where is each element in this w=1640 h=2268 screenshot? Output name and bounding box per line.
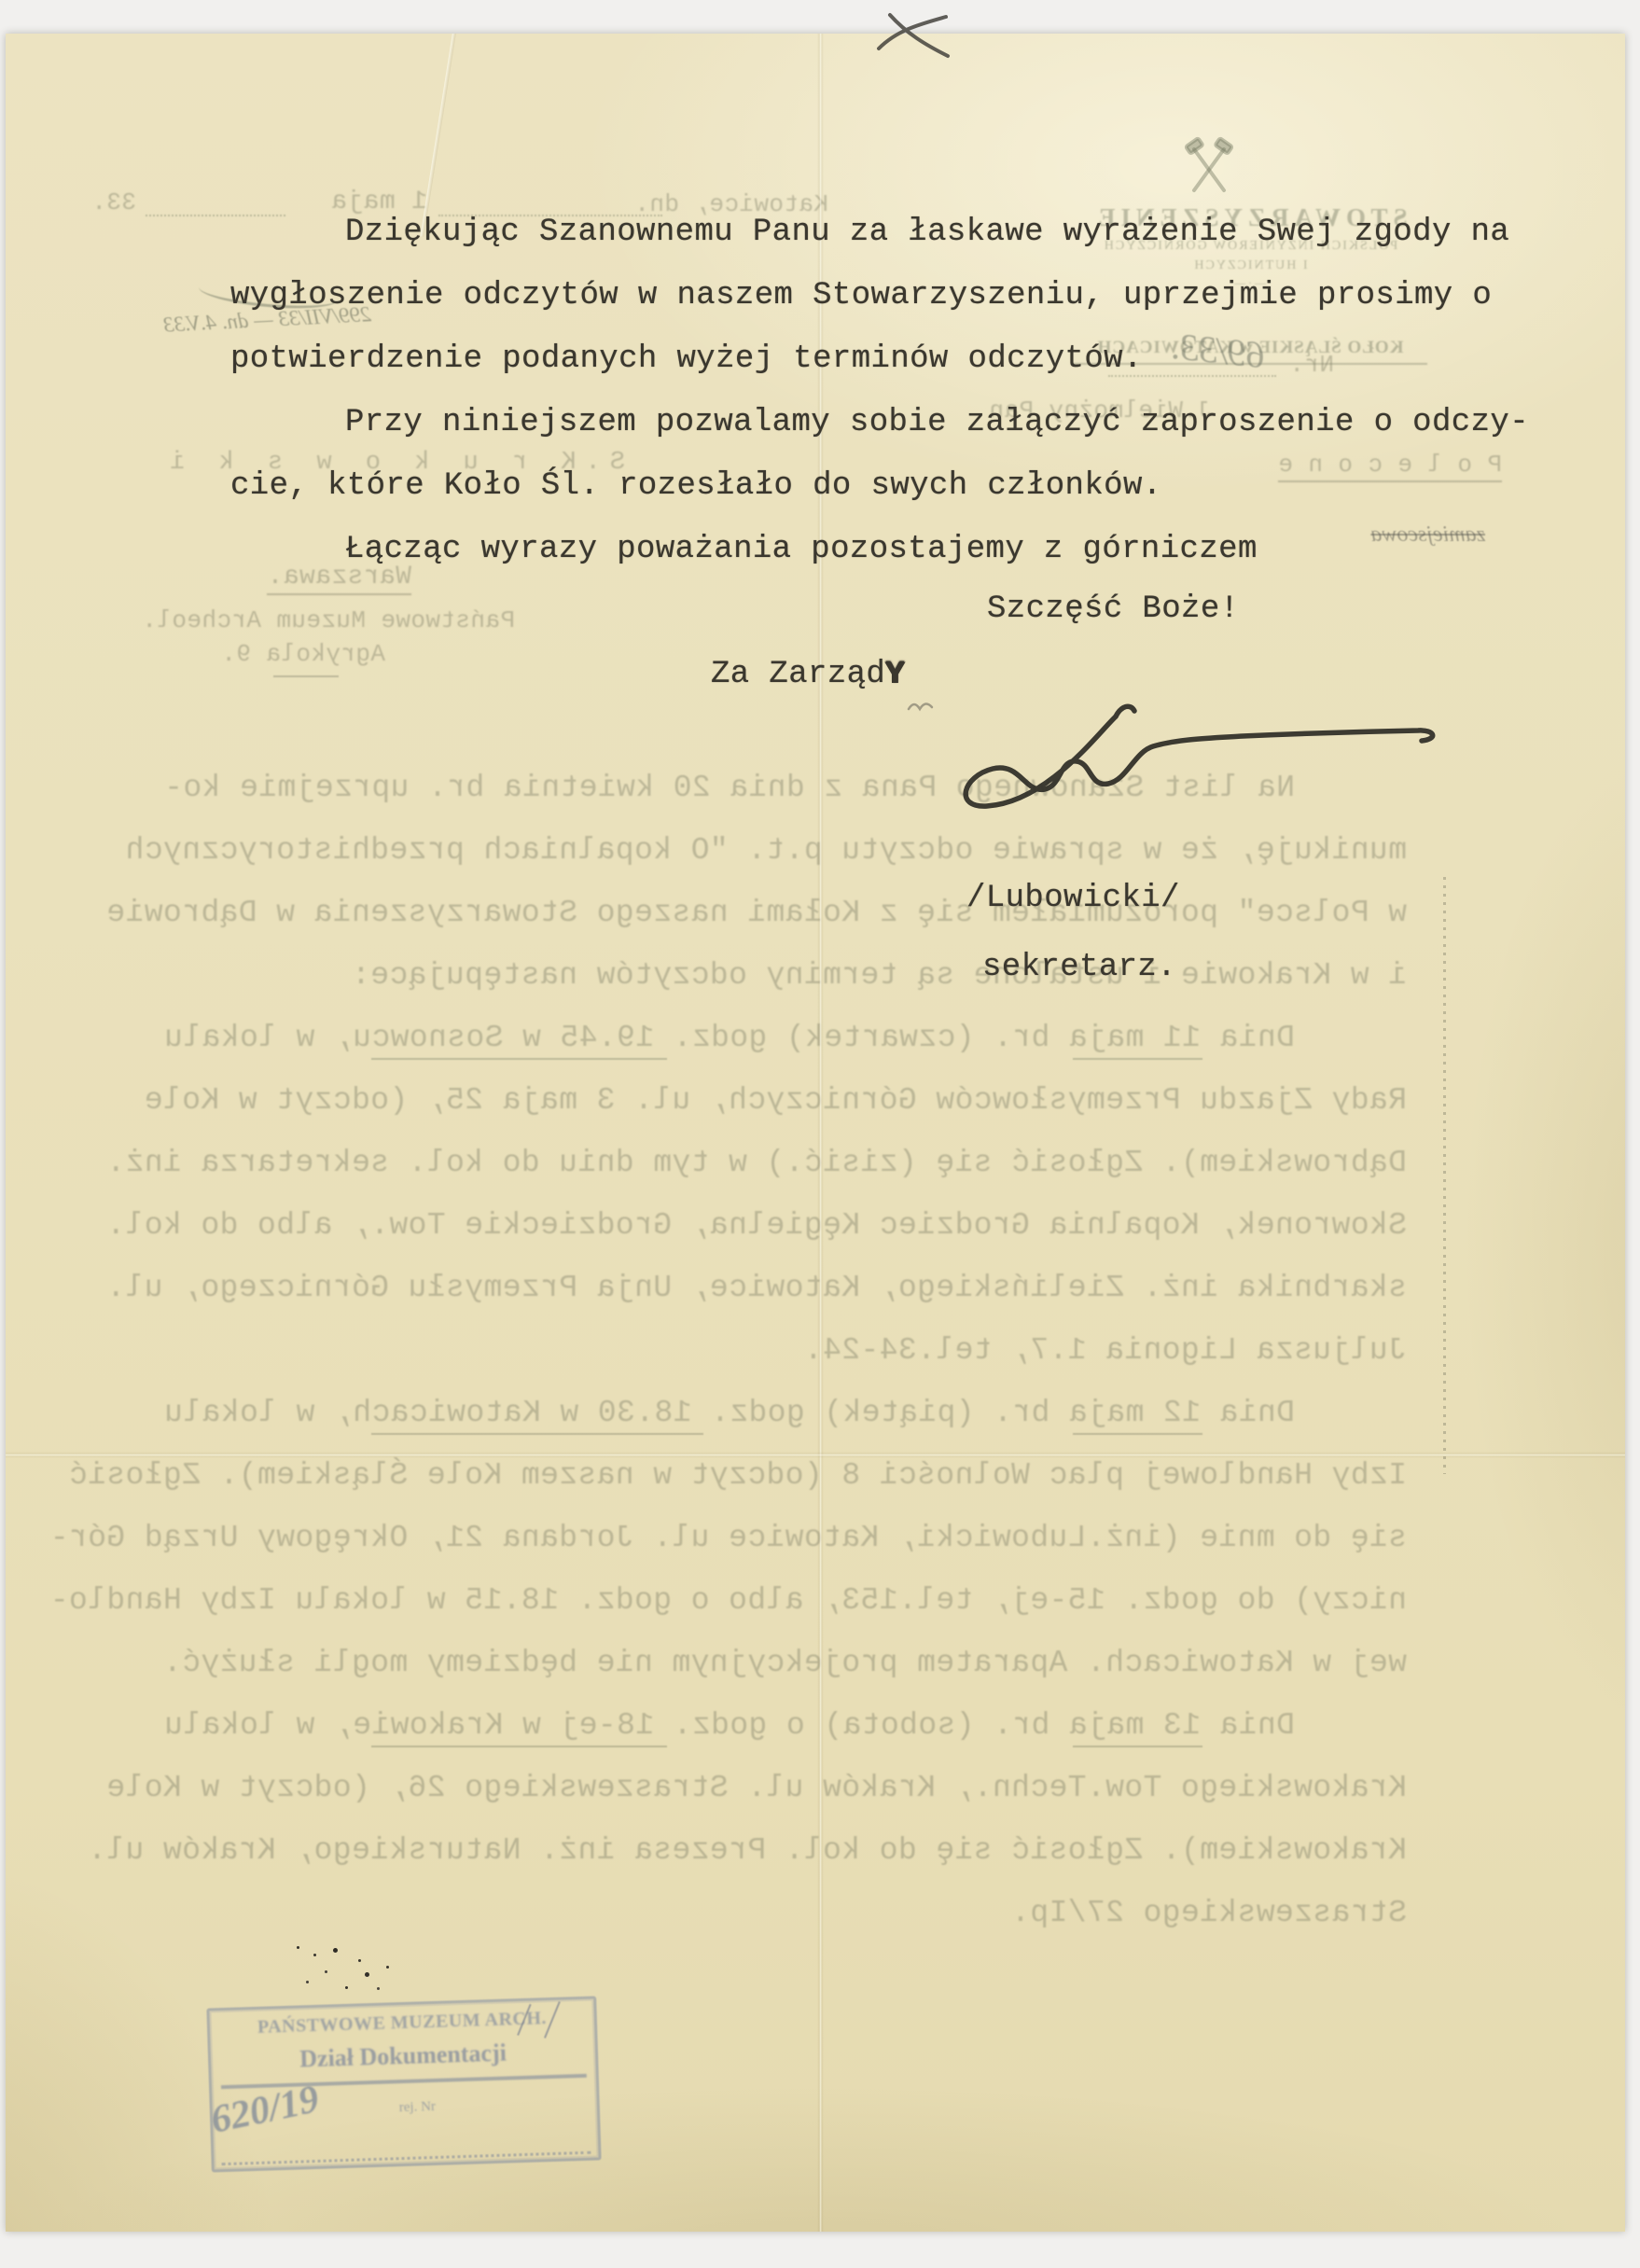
signoff: Za ZarządY bbox=[711, 659, 905, 690]
archive-stamp: PAŃSTWOWE MUZEUM ARCH. Dział Dokumentacj… bbox=[206, 1996, 601, 2172]
stamp-line1: PAŃSTWOWE MUZEUM ARCH. bbox=[210, 2007, 595, 2040]
typed-line: Łącząc wyrazy poważania pozostajemy z gó… bbox=[345, 534, 1258, 565]
stamp-dotted-rule bbox=[222, 2151, 591, 2165]
front-layer: Dziękując Szanownemu Panu za łaskawe wyr… bbox=[6, 34, 1625, 2232]
stamp-line3-label: rej. Nr bbox=[399, 2099, 437, 2116]
letter-paper: STOWARZYSZENIE POLSKICH INŻYNIERÓW GÓRNI… bbox=[6, 34, 1625, 2232]
signed-name: /Lubowicki/ bbox=[966, 883, 1180, 914]
scanned-letter-page: STOWARZYSZENIE POLSKICH INŻYNIERÓW GÓRNI… bbox=[0, 0, 1640, 2268]
pencil-squiggle bbox=[907, 698, 935, 713]
typed-line: potwierdzenie podanych wyżej terminów od… bbox=[230, 343, 1143, 375]
fold-crease-horizontal bbox=[6, 1452, 1625, 1458]
fold-crease-diagonal bbox=[420, 34, 456, 237]
typed-line: cie, które Koło Śl. rozesłało do swych c… bbox=[230, 470, 1162, 502]
typed-line: Dziękując Szanownemu Panu za łaskawe wyr… bbox=[345, 216, 1509, 248]
lubowicki-signature bbox=[933, 692, 1455, 832]
signed-title: sekretarz. bbox=[982, 952, 1176, 983]
salutation: Szczęść Boże! bbox=[987, 593, 1239, 625]
stamp-line2: Dział Dokumentacji bbox=[211, 2037, 596, 2077]
typed-line: Przy niniejszem pozwalamy sobie załączyć… bbox=[345, 407, 1529, 438]
pencil-x-mark bbox=[868, 9, 961, 65]
signoff-text: Za Zarząd bbox=[711, 657, 885, 692]
signoff-overstrike: Y bbox=[885, 657, 905, 692]
typed-line: wygłoszenie odczytów w naszem Stowarzysz… bbox=[230, 280, 1492, 312]
edge-faint-text-strip bbox=[1443, 877, 1446, 1474]
ink-speckles bbox=[297, 1946, 299, 1949]
